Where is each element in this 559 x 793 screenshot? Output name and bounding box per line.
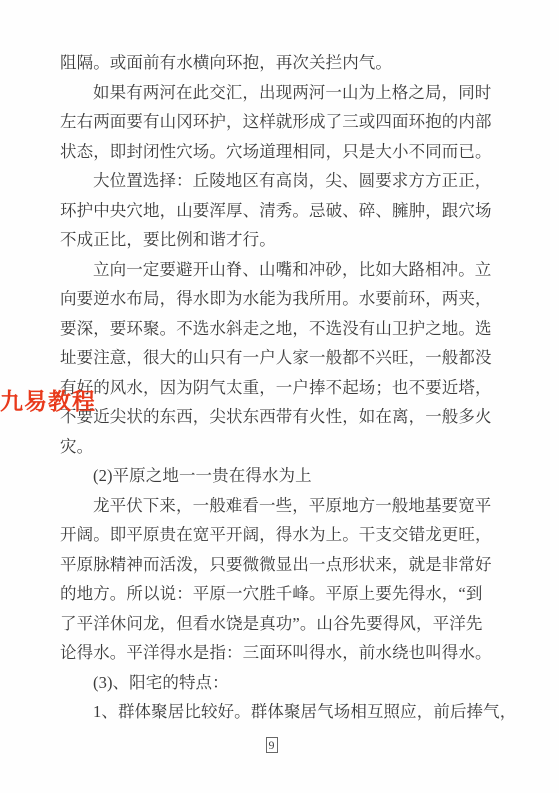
text-line: 的地方。所以说：平原一穴胜千峰。平原上要先得水，“到 — [60, 579, 500, 609]
document-page: 九易教程 阻隔。或面前有水横向环抱，再次关拦内气。如果有两河在此交汇，出现两河一… — [0, 0, 559, 793]
text-line: 状态，即封闭性穴场。穴场道理相同，只是大小不同而已。 — [60, 137, 500, 167]
text-line: 如果有两河在此交汇，出现两河一山为上格之局，同时 — [60, 78, 500, 108]
watermark: 九易教程 — [0, 383, 96, 416]
text-line: 左右两面要有山冈环护，这样就形成了三或四面环抱的内部 — [60, 107, 500, 137]
text-line: 开阔。即平原贵在宽平开阔，得水为上。干支交错龙更旺， — [60, 520, 500, 550]
text-line: 有好的风水，因为阴气太重，一户捧不起场；也不要近塔， — [60, 373, 500, 403]
text-line: 龙平伏下来，一般难看一些，平原地方一般地基要宽平 — [60, 491, 500, 521]
text-line: 论得水。平洋得水是指：三面环叫得水，前水绕也叫得水。 — [60, 638, 500, 668]
page-number: 9 — [266, 737, 278, 753]
text-line: 环护中央穴地，山要浑厚、清秀。忌破、碎、臃肿，跟穴场 — [60, 196, 500, 226]
text-line: 要深，要环聚。不选水斜走之地，不选没有山卫护之地。选 — [60, 314, 500, 344]
text-line: 了平洋休问龙，但看水饶是真功”。山谷先要得风，平洋先 — [60, 609, 500, 639]
text-line: 大位置选择：丘陵地区有高岗，尖、圆要求方方正正， — [60, 166, 500, 196]
document-body: 阻隔。或面前有水横向环抱，再次关拦内气。如果有两河在此交汇，出现两河一山为上格之… — [60, 48, 500, 727]
text-line: 灾。 — [60, 432, 500, 462]
text-line: (2)平原之地一一贵在得水为上 — [60, 461, 500, 491]
text-line: 1、群体聚居比较好。群体聚居气场相互照应，前后捧气， — [60, 697, 500, 727]
page-footer: 9 — [0, 736, 559, 754]
text-line: (3)、阳宅的特点： — [60, 668, 500, 698]
text-line: 不成正比，要比例和谐才行。 — [60, 225, 500, 255]
text-line: 址要注意，很大的山只有一户人家一般都不兴旺，一般都没 — [60, 343, 500, 373]
text-line: 平原脉精神而活泼，只要微微显出一点形状来，就是非常好 — [60, 550, 500, 580]
text-line: 立向一定要避开山脊、山嘴和冲砂，比如大路相冲。立 — [60, 255, 500, 285]
text-line: 不要近尖状的东西，尖状东西带有火性，如在离，一般多火 — [60, 402, 500, 432]
text-line: 阻隔。或面前有水横向环抱，再次关拦内气。 — [60, 48, 500, 78]
text-line: 向要逆水布局，得水即为水能为我所用。水要前环，两夹， — [60, 284, 500, 314]
